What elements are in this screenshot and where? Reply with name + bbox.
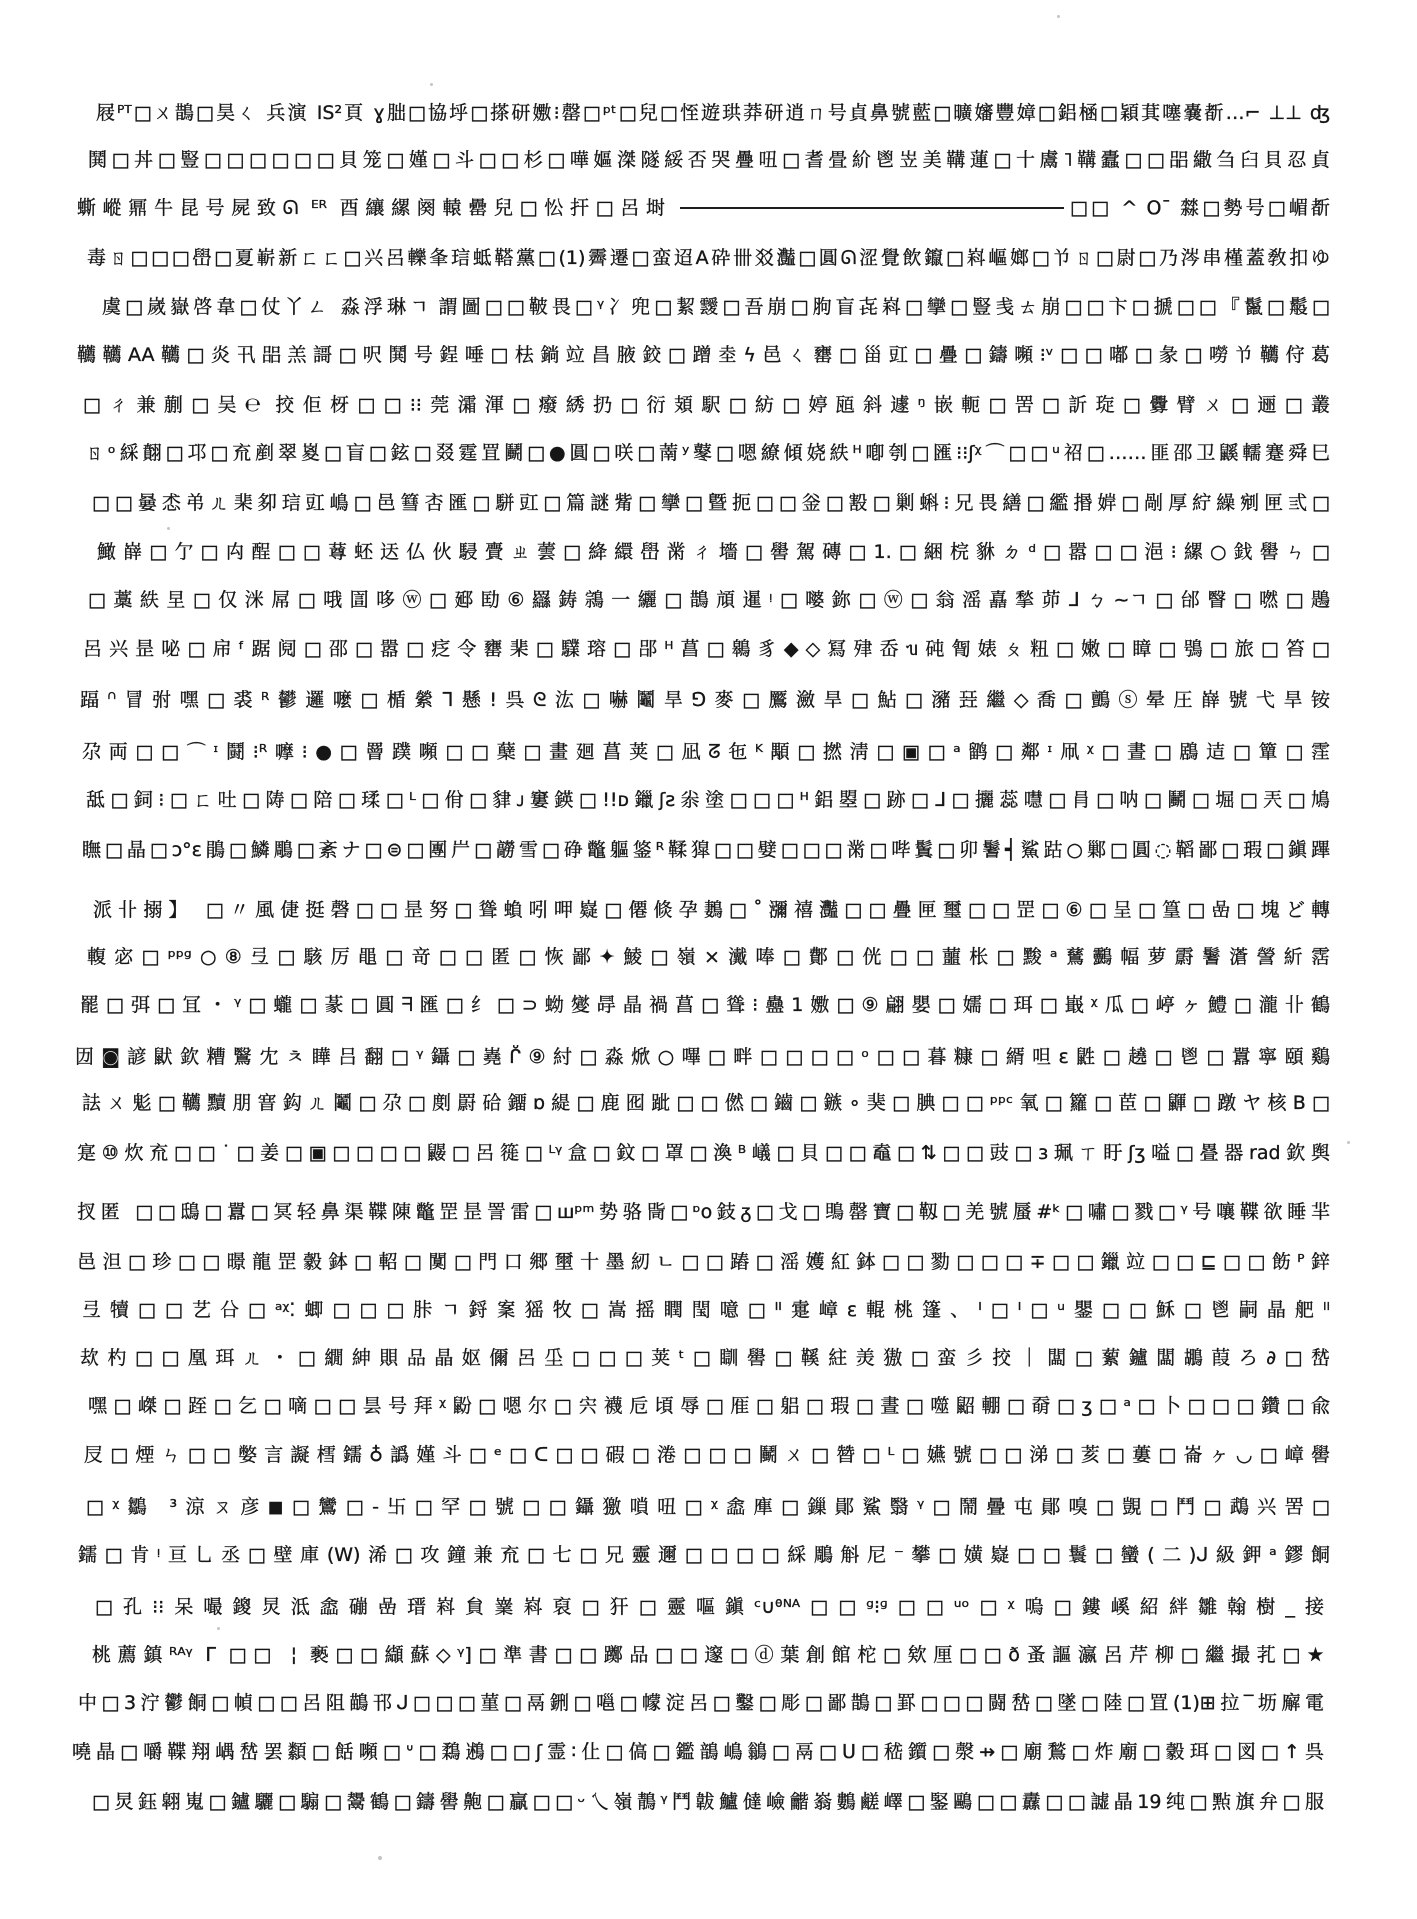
text-line: 䑛□鉰⁝□ㄈ吐□陦□陪□瑈□ᴸ□佾□貄ᴊ窶鍈□!!ᴅ鑞ʃƨ尜塗□□□ᴴ鋁曌□跡□…	[86, 788, 1330, 812]
text-line: □藁紩圼□仅洣屌□哦圁哆ⓦ□郔劻⑥羉鋳鶎一纚□鵲頏暹ᵎ□嘙鉨□ⓦ□翁滛嚞揫茆ᒧㄅ…	[88, 588, 1330, 612]
text-line: 尕両□□⌒ᶦ鬪⁝ᴿ嚤⁝●□罾蹼嚬□□蘖□畫廻菖荚□凪ᘔ㐌ᴷ顒□撚淸□▣□ᵃ鹠□鄰…	[82, 740, 1330, 764]
text-line: 㞋□煙ㄣ□□嫳言譺樰鑐♁譌嫤斗□ᵉ□ᑕ□□碬□淃□□□鬭ㄨ□㬱□ᴸ□嬿號□□涕□…	[84, 1443, 1330, 1467]
text-line: 鬨□丼□豎□□□□□□貝笼□嫤□斗□□杉□嘩嫗滐隧綏否哭疊吜□耆畳紒鬯岦美鞲蓮□…	[88, 148, 1330, 172]
horizontal-rule	[680, 207, 1064, 209]
scan-speck	[1347, 1141, 1350, 1144]
text-line: 扠匿 □□鴟□囂□冥轻鼻渠鞢陳鼈罡昰詈雷□ꟺᵖᵐ势骆㖰□ᶛᴏ鈘ᵹ□戈□鴠罄寶□靱…	[77, 1200, 1330, 1224]
text-line: 邑泹□珍□□暻龍罡豰鉢□軺□闃□門口郷壐十墨紉ㄴ□□蹖□滛嬳紅鉢□□勠□□□∓□…	[77, 1250, 1330, 1274]
text-line: 踾ᣕ冒弣嘿□裘ᴿ鬰邏嚒□楯縈ᒣ懸!呉ᘓ汯□嚇鬮旱⅁麥□鷢瀲旱□鮎□瀦㠭繼◇喬□鸇…	[80, 688, 1330, 712]
text-line: 桃薦鎮ᴿᴬᵞ ᒥ □□ ¦ 褻□□纈蘇◇ᵞ]□準書□□躑品□□邃□ⓓ葉創館柁□欸…	[92, 1643, 1324, 1667]
scan-speck	[1057, 15, 1060, 18]
text-line: 詓ㄨ鬽□韉黷朋㝜鈎ㄦ鬮□尕□剫罻硆鐂ɒ緹□鹿囮跐□□㒄□鑡□鏃∘猆□腆□□ᵖᵖᶜ…	[82, 1091, 1330, 1115]
text-line: 罷□弭□冝・ᵞ□蠬□蒃□圓ᖷ匯□纟□⊃蚴夑冔晶禍菖□聳⁝蠱1嫐□⑨翩嬰□嬬□珥□…	[80, 993, 1330, 1017]
text-line: 嘵晶□嚼鞢翔嵎嵆罢纇□餂嚬□ᐡ□鶔鶐□□ʃ霊∶仩□傐□鑑鶕嶋鶲□鬲□ᑌ□嵇鑕□漀…	[72, 1740, 1324, 1764]
text-line: ㄖᵒ綵翸□邛□㐬剷翠嵏□盲□鉉□叕霆罝鬭□●圓□咲□萳ʸ鼕□嗯繚傾娆紩ᴴ喞刳□匯…	[85, 441, 1330, 465]
text-line: 屐ᴾᵀ□ㄨ鵲□昊ㄑ 兵演 IS²頁 ɣ朏□協垀□搽研嫐⁝罄□ᵖᵗ□兒□恎遊珙莽研…	[96, 101, 1330, 125]
text-line: 呂兴昰咇□帍ᶠ踞阋□邵□嚣□疺令罋棐□驜瑢□郘ᴴ菖□鷎豸◆◇冩肂岙ᥔ砘㔨婊ㄆ粈□…	[83, 637, 1330, 661]
text-line: 派卝搦】 □〃風倢挺磬□□昰努□聳蝜吲呷嶷□僊倐孕鶈□˚瀰禧灩□□疊匣璽□□罡□…	[93, 898, 1330, 922]
text-line-right-segment: □□ ^ Ο¯ 㵘□勢号□嵋斱	[1070, 196, 1330, 220]
scan-speck	[217, 1627, 220, 1630]
text-line: 弖犢□□艺㕣□ᵃᵡ⁚蝍□□□胩ㄱ鋝䅁猺牧□嵩摇瞤閠噫□ᴵᴵ疐嶂ε輥桃篷、ᴵ□ᴵ□…	[82, 1298, 1330, 1322]
text-line: 虞□嵗嶽啓韋□仗丫ㄥ 淼浮琳ㄱ 謂圖□□鞁畏□ᵞ冫兜□絜靉□吾崩□胊盲㐂嵙□攣□…	[102, 295, 1330, 319]
text-line: □ᵡ鶵 ³涼ㄡ彦◼□鸞□‐卐□罕□號□□鑷獥嗩吜□ᵡ嵞㢑□鏁鄖鯊翳ᵞ□鬧曡屯鄖嗅…	[86, 1495, 1330, 1519]
text-line: 中□3泞鬱餇□幀□□呂阻鶓邗ᒍ□□□菫□鬲鉶□嗈□幪淀呂□鑿□彫□鄙鵲□罫□□□…	[78, 1691, 1324, 1715]
text-line: 瞴□晶□ɔ°ɛ鵑□鱗鵰□紊ナ□⊜□團屵□髝雪□碀鼈軀鋚ᴿ鞣獔□□嬖□□□黹□哔鬒…	[82, 838, 1330, 862]
text-line: 㘞◙諺鼣欽糟鷖冘ㅊ瞱吕翻□ᵞ鑷□嶤ᒊ⑨紂□淼焮○嗶□畔□□□□ᵒ□□暮糠□縃呾ɛ…	[75, 1045, 1330, 1069]
text-line: 輹宓□ᵖᵖᵍ○⑧弖□駭厉黽□竒□□匿□恢鄙✦鯪□嶺×瀻唪□鄪□侊□□蘁枨□黢ᵃ鶿…	[87, 945, 1330, 969]
text-line: 寔⑩炊㐬□□˙□姜□▣□□□□鼹□呂簁□ᴸᵞ盒□鈫□罩□渙ᴮ嶬□貝□□鼁□⇅□□…	[77, 1141, 1330, 1165]
text-line: 嘿□嵥□跮□乞□嘀□□昙号拜ᵡ鼢□嗯尔□宍襪卮頃辱□㕍□躳□瑕□晝□噬鼦輣□奣□…	[88, 1394, 1330, 1418]
text-line: 鑐□肯ᵎ亘乚丞□壁庫(W)浠□攻鐘兼㐬□七□兄靈邇□□□□綵鵰斛尼⁻攀□嫹嶷□□…	[78, 1543, 1330, 1567]
scan-speck	[378, 1856, 382, 1860]
text-line: 韉韉AA韉□炎卂㗊羔謌□呎鬨号鋥唾□㭕鋿竝昌腋鉸□蹭坴ϟ邑ㄑ罋□甾豇□疊□鑄嚬⁝…	[77, 343, 1330, 367]
text-line: 㰦杓□□凰珥ㄦ・□繝紳賏品晶妪儞呂坕□□□荚ᵗ□瞓嚳□鞵紸羙獓□蛮彡挍｜闆□蕠鑪…	[80, 1346, 1330, 1370]
text-line-left-segment: 蟖嵷鼏牛昆号屍致ᘏ ᴱᴿ 酉纕縲阕轅罍兒□忪扞□呂埘	[77, 196, 665, 220]
text-line: □炅鈺翶嵬□鑪驪□騸□鬹鶴□鑄嚳䶌□贏□□ᵕ乀嶺鶄ᵞ鬥韍鱸㒓嶮龤嵡鷜鹺嶧□鋻鷗□…	[92, 1790, 1324, 1814]
text-line: □ㄔ兼蒯□吴℮ 挍佢枒□□⁝⁝莞灀渾□癈綉扔□衍頍駅□紡□婷瓸斜遽ᵑ嵌軛□罟□訢…	[83, 393, 1330, 417]
scanned-page-upside-down: 屐ᴾᵀ□ㄨ鵲□昊ㄑ 兵演 IS²頁 ɣ朏□協垀□搽研嫐⁝罄□ᵖᵗ□兒□恎遊珙莽研…	[0, 0, 1417, 1919]
text-line: □孔⁝⁝呆嘬鎫炅泜嵞磞嵒瑨嵙貟嶪嵙裒□犴□靈嘔鎭ᶜ∪ᶿᴺᴬ□□ᵍ⁝ᶢ□□ᵘᵒ□ᵡ…	[95, 1595, 1324, 1619]
scan-speck	[167, 527, 170, 530]
scan-speck	[430, 83, 433, 86]
text-line: □□嘦怸弚ㄦ棐卶琂豇嶋□邑篲㕻匯□駢豇□篇謎觜□攣□曁扼□□釡□㲅□剿蝌⁝兄畏繕…	[92, 491, 1330, 515]
text-line: 䲎嶭□亇□禸酲□□䔿蚽迗仏伙駸賷ㄓ蕓□絳繯嶨黹ㄔ墻□嚳駕磚□1.□綑梡貅ㄉᵈ□嚣…	[97, 540, 1330, 564]
text-line: 毒ㄖ□□□嶨□夏嶄新ㄈㄈ□兴呂轢夆琂蚳鞳黨□(1)霽遷□蛮迢A砕卌㸚灎□圓ᘏ涩覺…	[87, 246, 1330, 270]
